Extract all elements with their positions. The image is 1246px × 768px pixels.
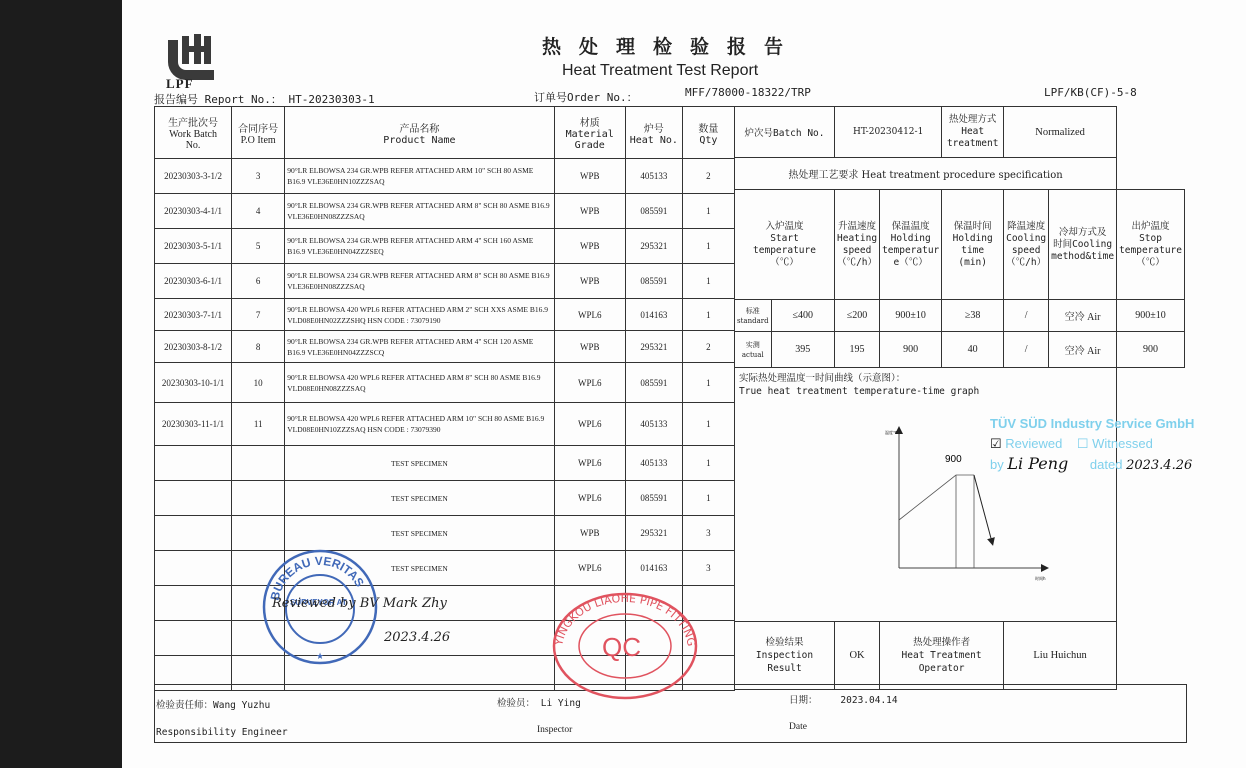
cell-work-batch — [155, 481, 232, 516]
cell-po-item: 7 — [232, 299, 285, 331]
cell-product-name: 90°LR ELBOWSA 234 GR.WPB REFER ATTACHED … — [285, 159, 554, 194]
table-row: 20230303-4-1/1490°LR ELBOWSA 234 GR.WPB … — [155, 194, 735, 229]
cell-po-item — [232, 446, 285, 481]
date-label-en: Date — [789, 722, 807, 732]
header-qty: 数量 Qty — [682, 107, 734, 159]
spec-standard-value: 空冷 Air — [1049, 300, 1117, 332]
cell-product-name: 90°LR ELBOWSA 420 WPL6 REFER ATTACHED AR… — [285, 403, 554, 446]
cell-product-name: 90°LR ELBOWSA 420 WPL6 REFER ATTACHED AR… — [285, 299, 554, 331]
cell-product-name: 90°LR ELBOWSA 234 GR.WPB REFER ATTACHED … — [285, 229, 554, 264]
table-row: TEST SPECIMENWPB2953213 — [155, 516, 735, 551]
spec-header-0: 入炉温度Starttemperature（℃） — [735, 190, 835, 300]
cell-qty: 3 — [682, 516, 734, 551]
result-value: OK — [835, 622, 880, 690]
witnessed-checkbox-icon: ☐ — [1077, 436, 1089, 451]
cell-qty: 3 — [682, 551, 734, 586]
header-product-name: 产品名称 Product Name — [285, 107, 554, 159]
cell-product-name: 90°LR ELBOWSA 234 GR.WPB REFER ATTACHED … — [285, 331, 554, 363]
cell-qty: 1 — [682, 229, 734, 264]
svg-text:★: ★ — [316, 652, 324, 662]
engineer-name: Wang Yuzhu — [213, 700, 270, 711]
spec-standard-value: 900±10 — [1117, 300, 1185, 332]
cell-material: WPB — [554, 229, 625, 264]
tuv-stamp: TÜV SÜD Industry Service GmbH ☑ Reviewed… — [990, 414, 1200, 476]
cell-heat-no: 405133 — [625, 403, 682, 446]
spec-header-6: 出炉温度Stoptemperature（℃） — [1117, 190, 1185, 300]
spec-header-3: 保温时间Holdingtime (min) — [942, 190, 1004, 300]
table-row: 20230303-10-1/11090°LR ELBOWSA 420 WPL6 … — [155, 363, 735, 403]
cell-qty: 1 — [682, 403, 734, 446]
table-row: 20230303-5-1/1590°LR ELBOWSA 234 GR.WPB … — [155, 229, 735, 264]
spec-actual-value: 900 — [1117, 332, 1185, 368]
spec-standard-value: ≤200 — [835, 300, 880, 332]
cell-material: WPB — [554, 331, 625, 363]
table-row: TEST SPECIMENWPL60855911 — [155, 481, 735, 516]
cell-material: WPL6 — [554, 446, 625, 481]
result-label: 检验结果 Inspection Result — [735, 622, 835, 690]
table-row: 20230303-6-1/1690°LR ELBOWSA 234 GR.WPB … — [155, 264, 735, 299]
spec-actual-value: / — [1004, 332, 1049, 368]
batch-row: 炉次号Batch No. HT-20230412-1 热处理方式 Heat tr… — [735, 107, 1185, 158]
spec-actual-value: 395 — [771, 332, 834, 368]
cell-product-name: 90°LR ELBOWSA 234 GR.WPB REFER ATTACHED … — [285, 194, 554, 229]
graph-title: 实际热处理温度一时间曲线（示意图）： True heat treatment t… — [739, 372, 1112, 398]
method-label: 热处理方式 Heat treatment — [942, 107, 1004, 158]
date-field: 日期： 2023.04.14 — [789, 692, 898, 706]
bv-handwriting-date: 2023.4.26 — [384, 630, 450, 645]
cell-product-name: 90°LR ELBOWSA 234 GR.WPB REFER ATTACHED … — [285, 264, 554, 299]
spec-standard-row: 标准standard≤400≤200900±10≥38/空冷 Air900±10 — [735, 300, 1185, 332]
cell-material: WPL6 — [554, 363, 625, 403]
cell-work-batch: 20230303-11-1/1 — [155, 403, 232, 446]
table-row: 20230303-8-1/2890°LR ELBOWSA 234 GR.WPB … — [155, 331, 735, 363]
cell-product-name: TEST SPECIMEN — [285, 516, 554, 551]
cell-work-batch — [155, 446, 232, 481]
order-no-value: MFF/78000-18322/TRP — [685, 86, 811, 99]
table-row: TEST SPECIMENWPL64051331 — [155, 446, 735, 481]
table-row: TEST SPECIMENWPL60141633 — [155, 551, 735, 586]
actual-label: 实测actual — [735, 332, 772, 368]
cell-heat-no: 085591 — [625, 194, 682, 229]
cell-product-name: TEST SPECIMEN — [285, 446, 554, 481]
tuv-signature: Li Peng — [1007, 454, 1068, 473]
header-heat-no: 炉号 Heat No. — [625, 107, 682, 159]
cell-qty: 1 — [682, 446, 734, 481]
report-no-label: 报告编号 Report No.： — [154, 93, 282, 106]
reviewed-checkbox-icon: ☑ — [990, 436, 1002, 451]
operator-value: Liu Huichun — [1004, 622, 1117, 690]
engineer-label-en: Responsibility Engineer — [156, 727, 288, 738]
qc-stamp-icon: YINGKOU LIAOHE PIPE FITTINGS CO.,LTD QC — [550, 590, 700, 700]
cell-material: WPB — [554, 516, 625, 551]
cell-material: WPB — [554, 194, 625, 229]
cell-work-batch — [155, 551, 232, 586]
cell-qty: 2 — [682, 331, 734, 363]
header-po-item: 合同序号 P.O Item — [232, 107, 285, 159]
cell-work-batch — [155, 516, 232, 551]
spec-title: 热处理工艺要求 Heat treatment procedure specifi… — [735, 158, 1117, 190]
inspector-label-en: Inspector — [537, 725, 572, 735]
cell-work-batch: 20230303-10-1/1 — [155, 363, 232, 403]
cell-work-batch: 20230303-8-1/2 — [155, 331, 232, 363]
cell-po-item: 4 — [232, 194, 285, 229]
cell-work-batch: 20230303-7-1/1 — [155, 299, 232, 331]
cell-heat-no: 405133 — [625, 446, 682, 481]
lpf-logo-icon — [164, 32, 218, 80]
graph-x-label: 时间h — [1035, 575, 1046, 581]
spec-standard-value: / — [1004, 300, 1049, 332]
title-english: Heat Treatment Test Report — [562, 62, 758, 80]
cell-po-item: 5 — [232, 229, 285, 264]
cell-qty: 1 — [682, 194, 734, 229]
graph-row: 实际热处理温度一时间曲线（示意图）： True heat treatment t… — [735, 368, 1185, 622]
form-code: LPF/KB(CF)-5-8 — [1044, 86, 1137, 99]
cell-work-batch: 20230303-4-1/1 — [155, 194, 232, 229]
cell-qty: 1 — [682, 264, 734, 299]
cell-heat-no: 295321 — [625, 516, 682, 551]
date-value: 2023.04.14 — [840, 695, 897, 706]
cell-material: WPL6 — [554, 551, 625, 586]
table-row: 20230303-11-1/11190°LR ELBOWSA 420 WPL6 … — [155, 403, 735, 446]
cell-qty: 2 — [682, 159, 734, 194]
cell-po-item: 10 — [232, 363, 285, 403]
header-material: 材质Material Grade — [554, 107, 625, 159]
cell-po-item — [232, 481, 285, 516]
cell-qty: 1 — [682, 481, 734, 516]
spec-actual-value: 40 — [942, 332, 1004, 368]
graph-cell: 实际热处理温度一时间曲线（示意图）： True heat treatment t… — [735, 368, 1117, 622]
spec-standard-value: ≥38 — [942, 300, 1004, 332]
batch-value: HT-20230412-1 — [835, 107, 942, 158]
cell-material: WPL6 — [554, 481, 625, 516]
cell-work-batch: 20230303-5-1/1 — [155, 229, 232, 264]
cell-heat-no: 014163 — [625, 299, 682, 331]
method-value: Normalized — [1004, 107, 1117, 158]
cell-heat-no: 014163 — [625, 551, 682, 586]
cell-heat-no: 295321 — [625, 331, 682, 363]
svg-text:QC: QC — [602, 632, 641, 662]
document-page: LPF 热处理检验报告 Heat Treatment Test Report 报… — [122, 0, 1246, 768]
spec-actual-row: 实测actual39519590040/空冷 Air900 — [735, 332, 1185, 368]
cell-po-item — [232, 516, 285, 551]
cell-material: WPB — [554, 264, 625, 299]
engineer-field: 检验责任师：Wang Yuzhu — [156, 697, 270, 711]
cell-po-item: 8 — [232, 331, 285, 363]
spec-header-row: 入炉温度Starttemperature（℃）升温速度Heatingspeed（… — [735, 190, 1185, 300]
report-no-value: HT-20230303-1 — [288, 93, 374, 106]
cell-material: WPL6 — [554, 403, 625, 446]
heat-treatment-table: 炉次号Batch No. HT-20230412-1 热处理方式 Heat tr… — [734, 106, 1185, 690]
order-no-label: 订单号Order No.： — [534, 89, 638, 105]
standard-label: 标准standard — [735, 300, 772, 332]
table-row: 20230303-3-1/2390°LR ELBOWSA 234 GR.WPB … — [155, 159, 735, 194]
cell-heat-no: 405133 — [625, 159, 682, 194]
tuv-date: 2023.4.26 — [1126, 458, 1192, 473]
batch-label: 炉次号Batch No. — [735, 107, 835, 158]
report-number: 报告编号 Report No.： HT-20230303-1 — [154, 91, 375, 107]
cell-po-item: 3 — [232, 159, 285, 194]
cell-po-item: 11 — [232, 403, 285, 446]
cell-work-batch — [155, 586, 232, 621]
cell-heat-no: 085591 — [625, 363, 682, 403]
cell-product-name: 90°LR ELBOWSA 420 WPL6 REFER ATTACHED AR… — [285, 363, 554, 403]
spec-standard-value: 900±10 — [880, 300, 942, 332]
result-row: 检验结果 Inspection Result OK 热处理操作者 Heat Tr… — [735, 622, 1185, 690]
cell-qty: 1 — [682, 299, 734, 331]
cell-product-name: TEST SPECIMEN — [285, 481, 554, 516]
cell-qty: 1 — [682, 363, 734, 403]
cell-heat-no: 295321 — [625, 229, 682, 264]
spec-header-4: 降温速度Coolingspeed（℃/h） — [1004, 190, 1049, 300]
spec-header-2: 保温温度Holdingtemperature（℃） — [880, 190, 942, 300]
title-chinese: 热处理检验报告 — [542, 32, 801, 59]
operator-label: 热处理操作者 Heat Treatment Operator — [880, 622, 1004, 690]
cell-heat-no: 085591 — [625, 481, 682, 516]
bv-handwriting: Reviewed by BV Mark Zhy — [272, 596, 447, 611]
table-header-row: 生产批次号 Work Batch No. 合同序号 P.O Item 产品名称 … — [155, 107, 735, 159]
graph-peak-label: 900 — [945, 454, 962, 465]
cell-work-batch: 20230303-3-1/2 — [155, 159, 232, 194]
spec-title-row: 热处理工艺要求 Heat treatment procedure specifi… — [735, 158, 1185, 190]
graph-y-label: 温度℃ — [885, 429, 898, 435]
cell-material: WPL6 — [554, 299, 625, 331]
spec-actual-value: 空冷 Air — [1049, 332, 1117, 368]
spec-header-5: 冷却方式及时间Coolingmethod&time — [1049, 190, 1117, 300]
cell-material: WPB — [554, 159, 625, 194]
cell-po-item: 6 — [232, 264, 285, 299]
spec-standard-value: ≤400 — [771, 300, 834, 332]
cell-work-batch: 20230303-6-1/1 — [155, 264, 232, 299]
spec-actual-value: 900 — [880, 332, 942, 368]
tuv-company: TÜV SÜD Industry Service GmbH — [990, 414, 1200, 434]
header-work-batch: 生产批次号 Work Batch No. — [155, 107, 232, 159]
spec-actual-value: 195 — [835, 332, 880, 368]
logo-text: LPF — [166, 76, 194, 92]
cell-heat-no: 085591 — [625, 264, 682, 299]
cell-work-batch — [155, 621, 232, 656]
table-row: 20230303-7-1/1790°LR ELBOWSA 420 WPL6 RE… — [155, 299, 735, 331]
spec-header-1: 升温速度Heatingspeed（℃/h） — [835, 190, 880, 300]
